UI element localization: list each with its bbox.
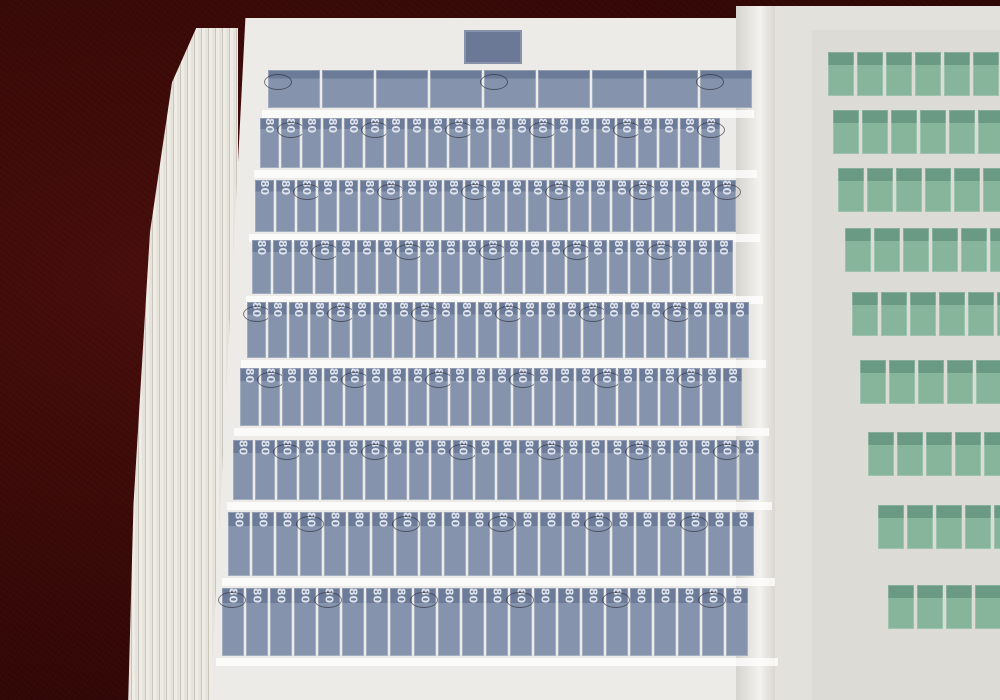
stamp-denomination: 80 <box>699 438 712 458</box>
stamp-denomination: 80 <box>570 238 583 257</box>
stamp-denomination: 80 <box>565 300 578 319</box>
stock-strip <box>216 658 778 666</box>
stamp-denomination: 80 <box>737 509 750 531</box>
stamp: 80 <box>373 302 392 358</box>
stamp-denomination: 80 <box>468 178 481 197</box>
stamp: 80 <box>483 240 502 294</box>
green-stamp-row <box>845 228 1000 272</box>
green-stamp <box>947 360 973 404</box>
stamp-denomination: 80 <box>523 300 536 319</box>
stamp-denomination: 80 <box>521 509 534 531</box>
stamp-denomination: 80 <box>489 178 502 197</box>
stamp: 80 <box>673 440 693 500</box>
stamp-denomination: 80 <box>486 238 499 257</box>
stamp: 80 <box>688 302 707 358</box>
stamp-denomination: 80 <box>641 509 654 531</box>
green-stamp <box>917 585 943 629</box>
stamp-denomination: 80 <box>600 366 613 385</box>
stamp: 80 <box>562 302 581 358</box>
stamp: 80 <box>408 368 427 426</box>
stamp: 80 <box>252 512 274 576</box>
stamp-denomination: 80 <box>303 438 316 458</box>
stamp: 80 <box>596 118 615 168</box>
stamp: 80 <box>468 512 490 576</box>
stamp-denomination: 80 <box>516 366 529 385</box>
stamp-denomination: 80 <box>649 300 662 319</box>
green-stamp <box>932 228 958 272</box>
stamp: 80 <box>276 512 298 576</box>
stamp-denomination: 80 <box>563 585 576 607</box>
stamp: 80 <box>491 118 510 168</box>
stamp <box>430 70 482 108</box>
stamp: 80 <box>289 302 308 358</box>
green-stamp <box>862 110 888 154</box>
stamp-denomination: 80 <box>342 178 355 197</box>
stamp-denomination: 80 <box>699 178 712 197</box>
stamp-denomination: 80 <box>474 366 487 385</box>
stamp: 80 <box>331 302 350 358</box>
stamp-denomination: 80 <box>237 438 250 458</box>
stamp: 80 <box>516 512 538 576</box>
stamp: 80 <box>360 180 379 232</box>
stamp: 80 <box>299 440 319 500</box>
stamp-denomination: 80 <box>642 366 655 385</box>
green-stamp <box>852 292 878 336</box>
stamp-denomination: 80 <box>591 238 604 257</box>
stamp: 80 <box>300 512 322 576</box>
stamp: 80 <box>588 240 607 294</box>
stamp: 80 <box>302 118 321 168</box>
green-stamp <box>925 168 951 212</box>
stamp: 80 <box>708 512 730 576</box>
stamp-denomination: 80 <box>491 585 504 607</box>
stamp: 80 <box>228 512 250 576</box>
stamp: 80 <box>297 180 316 232</box>
stamp: 80 <box>654 180 673 232</box>
stamp-denomination: 80 <box>677 438 690 458</box>
stamp-denomination: 80 <box>659 585 672 607</box>
green-stamp <box>886 52 912 96</box>
green-stamp <box>939 292 965 336</box>
stamp-denomination: 80 <box>305 509 318 531</box>
stamp-denomination: 80 <box>369 438 382 458</box>
stamp: 80 <box>612 512 634 576</box>
stamp-denomination: 80 <box>721 438 734 458</box>
stamp: 80 <box>546 240 565 294</box>
stamp: 80 <box>492 512 514 576</box>
stamp: 80 <box>564 512 586 576</box>
stamp-denomination: 80 <box>259 438 272 458</box>
stamp: 80 <box>636 512 658 576</box>
stamp-denomination: 80 <box>348 366 361 385</box>
stamp-denomination: 80 <box>389 116 402 135</box>
stamp-denomination: 80 <box>405 178 418 197</box>
stamp-denomination: 80 <box>655 438 668 458</box>
stamp: 80 <box>318 588 340 656</box>
green-stamp-row <box>868 432 1000 476</box>
stamp-denomination: 80 <box>271 300 284 319</box>
stamp <box>484 70 536 108</box>
stamp: 80 <box>449 118 468 168</box>
stamp: 80 <box>294 240 313 294</box>
stamp-denomination: 80 <box>593 509 606 531</box>
stamp: 80 <box>273 240 292 294</box>
green-stamp <box>994 505 1000 549</box>
stamp: 80 <box>585 440 605 500</box>
stamp: 80 <box>702 368 721 426</box>
stamp: 80 <box>638 118 657 168</box>
stamp: 80 <box>315 240 334 294</box>
stamp-denomination: 80 <box>323 585 336 607</box>
stamp: 80 <box>387 440 407 500</box>
stock-strip <box>254 170 757 178</box>
stamp: 80 <box>630 588 652 656</box>
stamp: 80 <box>486 180 505 232</box>
stamp: 80 <box>470 118 489 168</box>
green-stamp <box>845 228 871 272</box>
stamp-row: 8080808080808080808080808080808080808080… <box>240 368 742 426</box>
stamp-denomination: 80 <box>279 178 292 197</box>
stamp-denomination: 80 <box>276 238 289 257</box>
stamp-denomination: 80 <box>347 116 360 135</box>
stamp-denomination: 80 <box>390 366 403 385</box>
stamp: 80 <box>702 588 724 656</box>
stamp-denomination: 80 <box>300 178 313 197</box>
stamp-denomination: 80 <box>662 116 675 135</box>
stamp-denomination: 80 <box>435 438 448 458</box>
stamp: 80 <box>576 368 595 426</box>
stamp: 80 <box>339 180 358 232</box>
green-stamp-row <box>828 52 999 96</box>
stamp: 80 <box>450 368 469 426</box>
stamp: 80 <box>499 302 518 358</box>
stamp: 80 <box>575 118 594 168</box>
stamp-denomination: 80 <box>589 438 602 458</box>
stamp: 80 <box>534 368 553 426</box>
stamp-denomination: 80 <box>313 300 326 319</box>
stamp: 80 <box>701 118 720 168</box>
stamp-denomination: 80 <box>515 116 528 135</box>
stamp-denomination: 80 <box>347 585 360 607</box>
stamp-denomination: 80 <box>413 438 426 458</box>
stamp: 80 <box>675 180 694 232</box>
stamp: 80 <box>625 302 644 358</box>
stamp-denomination: 80 <box>689 509 702 531</box>
stamp: 80 <box>591 180 610 232</box>
stamp: 80 <box>282 368 301 426</box>
stamp-row: 8080808080808080808080808080808080808080… <box>260 118 720 168</box>
stamp: 80 <box>357 240 376 294</box>
stamp-denomination: 80 <box>705 366 718 385</box>
stamp: 80 <box>246 588 268 656</box>
stamp-denomination: 80 <box>321 178 334 197</box>
green-stamp <box>965 505 991 549</box>
stamp-denomination: 80 <box>635 585 648 607</box>
stamp: 80 <box>372 512 394 576</box>
stamp: 80 <box>570 180 589 232</box>
stamp-denomination: 80 <box>587 585 600 607</box>
green-stamp-row <box>852 292 1000 336</box>
stamp-denomination: 80 <box>360 238 373 257</box>
stamp <box>700 70 752 108</box>
stamp: 80 <box>428 118 447 168</box>
stamp-denomination: 80 <box>395 585 408 607</box>
green-stamp <box>926 432 952 476</box>
stamp-denomination: 80 <box>275 585 288 607</box>
stamp-denomination: 80 <box>536 116 549 135</box>
stamp: 80 <box>343 440 363 500</box>
stamp: 80 <box>310 302 329 358</box>
stamp: 80 <box>612 180 631 232</box>
stamp-denomination: 80 <box>292 300 305 319</box>
stamp: 80 <box>696 180 715 232</box>
stamp: 80 <box>541 302 560 358</box>
stamp-denomination: 80 <box>633 438 646 458</box>
stamp: 80 <box>420 240 439 294</box>
green-stamp <box>955 432 981 476</box>
stamp: 80 <box>567 240 586 294</box>
stamp: 80 <box>366 588 388 656</box>
stamp: 80 <box>252 240 271 294</box>
green-stamp-row <box>838 168 1000 212</box>
stamp: 80 <box>672 240 691 294</box>
green-stamp-row <box>888 585 1000 629</box>
stamp <box>592 70 644 108</box>
stamp-denomination: 80 <box>255 238 268 257</box>
stamp: 80 <box>510 588 532 656</box>
stamp: 80 <box>366 368 385 426</box>
stamp-denomination: 80 <box>628 300 641 319</box>
stamp: 80 <box>681 368 700 426</box>
stamp: 80 <box>525 240 544 294</box>
stamp: 80 <box>723 368 742 426</box>
stamp: 80 <box>513 368 532 426</box>
green-stamp <box>874 228 900 272</box>
stamp: 80 <box>680 118 699 168</box>
stamp: 80 <box>348 512 370 576</box>
green-stamp <box>949 110 975 154</box>
stamp: 80 <box>732 512 754 576</box>
stamp: 80 <box>534 588 556 656</box>
stamp-denomination: 80 <box>621 366 634 385</box>
green-stamp <box>903 228 929 272</box>
stamp: 80 <box>492 368 511 426</box>
stamp: 80 <box>558 588 580 656</box>
stamp-denomination: 80 <box>439 300 452 319</box>
stamp-denomination: 80 <box>586 300 599 319</box>
stamp: 80 <box>717 180 736 232</box>
stamp: 80 <box>667 302 686 358</box>
stamp: 80 <box>629 440 649 500</box>
green-stamp <box>944 52 970 96</box>
stamp-denomination: 80 <box>549 238 562 257</box>
stamp-denomination: 80 <box>599 116 612 135</box>
stamp-denomination: 80 <box>494 116 507 135</box>
stamp-denomination: 80 <box>447 178 460 197</box>
stamp <box>538 70 590 108</box>
stamp-denomination: 80 <box>258 178 271 197</box>
stamp-denomination: 80 <box>696 238 709 257</box>
green-stamp <box>867 168 893 212</box>
stamp-denomination: 80 <box>329 509 342 531</box>
green-stamp <box>868 432 894 476</box>
stamp: 80 <box>633 180 652 232</box>
stamp-stock-book: 8080808080808080808080808080808080808080… <box>0 0 1000 700</box>
stamp: 80 <box>247 302 266 358</box>
stamp: 80 <box>588 512 610 576</box>
stamp: 80 <box>409 440 429 500</box>
stamp-denomination: 80 <box>443 585 456 607</box>
stamp-denomination: 80 <box>720 178 733 197</box>
stamp: 80 <box>678 588 700 656</box>
stamp <box>646 70 698 108</box>
stamp: 80 <box>390 588 412 656</box>
stamp: 80 <box>519 440 539 500</box>
stamp-denomination: 80 <box>353 509 366 531</box>
stamp-denomination: 80 <box>501 438 514 458</box>
stamp-denomination: 80 <box>397 300 410 319</box>
stamp-denomination: 80 <box>473 116 486 135</box>
stamp: 80 <box>582 588 604 656</box>
stamp: 80 <box>533 118 552 168</box>
stamp-denomination: 80 <box>297 238 310 257</box>
stamp: 80 <box>324 368 343 426</box>
stamp: 80 <box>399 240 418 294</box>
stamp: 80 <box>324 512 346 576</box>
stamp: 80 <box>555 368 574 426</box>
stamp-denomination: 80 <box>381 238 394 257</box>
green-stamp <box>897 432 923 476</box>
stamp-denomination: 80 <box>579 366 592 385</box>
green-stamp <box>857 52 883 96</box>
stamp-denomination: 80 <box>426 178 439 197</box>
stamp: 80 <box>255 180 274 232</box>
green-stamp <box>984 432 1000 476</box>
stamp-denomination: 80 <box>339 238 352 257</box>
stamp-denomination: 80 <box>425 509 438 531</box>
green-stamp <box>975 585 1000 629</box>
stamp: 80 <box>303 368 322 426</box>
stamp-denomination: 80 <box>552 178 565 197</box>
stamp: 80 <box>318 180 337 232</box>
stamp-denomination: 80 <box>683 585 696 607</box>
stamp-denomination: 80 <box>617 509 630 531</box>
stamp-denomination: 80 <box>678 178 691 197</box>
stamp: 80 <box>541 440 561 500</box>
green-stamp <box>978 110 1000 154</box>
stamp-denomination: 80 <box>257 509 270 531</box>
stamp: 80 <box>465 180 484 232</box>
stamp: 80 <box>609 240 628 294</box>
stamp-denomination: 80 <box>251 585 264 607</box>
stamp-denomination: 80 <box>707 585 720 607</box>
stamp-denomination: 80 <box>363 178 376 197</box>
stamp-denomination: 80 <box>726 366 739 385</box>
stamp: 80 <box>684 512 706 576</box>
stamp: 80 <box>381 180 400 232</box>
stamp-denomination: 80 <box>449 509 462 531</box>
stamp: 80 <box>453 440 473 500</box>
stamp: 80 <box>651 440 671 500</box>
stamp-denomination: 80 <box>497 509 510 531</box>
stamp: 80 <box>276 180 295 232</box>
stamp: 80 <box>270 588 292 656</box>
stamp: 80 <box>386 118 405 168</box>
green-stamp <box>990 228 1000 272</box>
stamp-denomination: 80 <box>733 300 746 319</box>
stamp: 80 <box>436 302 455 358</box>
stamp-denomination: 80 <box>495 366 508 385</box>
stamp-denomination: 80 <box>545 509 558 531</box>
stamp: 80 <box>646 302 665 358</box>
stamp-denomination: 80 <box>612 238 625 257</box>
green-stamp <box>860 360 886 404</box>
stamp-denomination: 80 <box>452 116 465 135</box>
stamp-denomination: 80 <box>633 238 646 257</box>
green-stamp-row <box>833 110 1000 154</box>
stamp-denomination: 80 <box>281 438 294 458</box>
green-stamp-row <box>878 505 1000 549</box>
stamp-denomination: 80 <box>684 366 697 385</box>
stamp: 80 <box>281 118 300 168</box>
stamp: 80 <box>402 180 421 232</box>
stamp: 80 <box>260 118 279 168</box>
stamp: 80 <box>414 588 436 656</box>
stamp: 80 <box>365 118 384 168</box>
stamp: 80 <box>396 512 418 576</box>
stamp-denomination: 80 <box>334 300 347 319</box>
stamp: 80 <box>660 512 682 576</box>
stamp-denomination: 80 <box>327 366 340 385</box>
stamp: 80 <box>486 588 508 656</box>
green-stamp <box>878 505 904 549</box>
stamp: 80 <box>233 440 253 500</box>
green-stamp <box>961 228 987 272</box>
stamp-denomination: 80 <box>510 178 523 197</box>
stamp-denomination: 80 <box>410 116 423 135</box>
stamp-denomination: 80 <box>473 509 486 531</box>
stamp: 80 <box>651 240 670 294</box>
stamp: 80 <box>693 240 712 294</box>
stamp-denomination: 80 <box>423 238 436 257</box>
green-stamp <box>976 360 1000 404</box>
stamp: 80 <box>268 302 287 358</box>
stamp: 80 <box>726 588 748 656</box>
stamp-denomination: 80 <box>263 116 276 135</box>
stamp-row: 8080808080808080808080808080808080808080… <box>228 512 754 576</box>
stamp: 80 <box>563 440 583 500</box>
stamp-denomination: 80 <box>665 509 678 531</box>
stamp-denomination: 80 <box>683 116 696 135</box>
stamp-denomination: 80 <box>713 509 726 531</box>
stamp-denomination: 80 <box>539 585 552 607</box>
stamp: 80 <box>654 588 676 656</box>
stamp: 80 <box>478 302 497 358</box>
stamp: 80 <box>365 440 385 500</box>
stamp: 80 <box>462 240 481 294</box>
stamp-denomination: 80 <box>557 116 570 135</box>
stamp-row: 8080808080808080808080808080808080808080… <box>233 440 759 500</box>
stamp: 80 <box>660 368 679 426</box>
green-stamp <box>881 292 907 336</box>
green-stamp <box>915 52 941 96</box>
stamp: 80 <box>695 440 715 500</box>
stamp: 80 <box>444 512 466 576</box>
stamp: 80 <box>441 240 460 294</box>
stamp: 80 <box>342 588 364 656</box>
stamp-denomination: 80 <box>391 438 404 458</box>
green-stamp <box>838 168 864 212</box>
